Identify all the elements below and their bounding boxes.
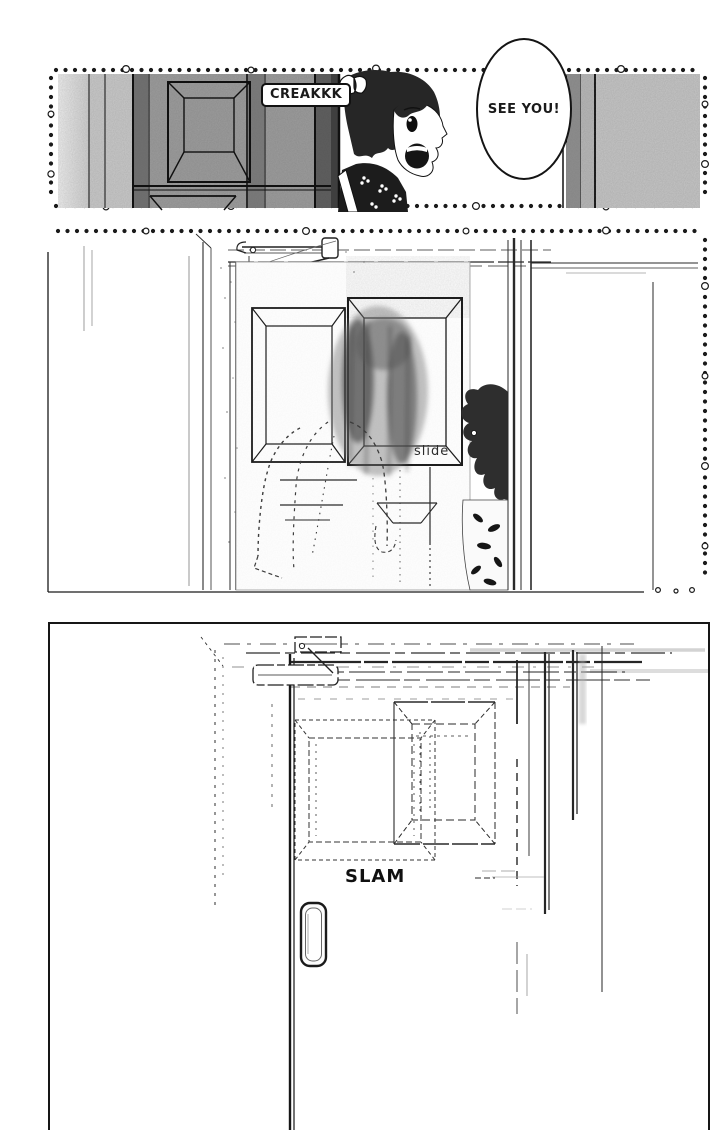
speech-bubble: SEE YOU! (476, 38, 572, 180)
girl-figure (338, 70, 447, 212)
woman-earring (472, 431, 477, 436)
closed-door-illustration (253, 637, 642, 1130)
panel-1-art (46, 64, 710, 212)
panel-2 (46, 226, 710, 594)
left-wall-lines (84, 246, 92, 331)
panel-2-art (46, 226, 710, 594)
speech-bubble-text: SEE YOU! (488, 102, 560, 117)
left-door-panel (295, 720, 435, 860)
residual-marks (482, 871, 544, 1014)
slam-sfx-label: SLAM (345, 866, 405, 887)
door-right-edge-lines (517, 646, 602, 992)
panel-1 (46, 64, 710, 212)
left-wall (58, 74, 132, 208)
door-frame-right (508, 238, 698, 590)
right-wall (563, 74, 700, 208)
right-door-panel (394, 702, 495, 878)
manga-page: SEE YOU! CREAKKK (0, 0, 728, 1130)
slide-sfx-label: slide (414, 444, 449, 459)
sfx-creak-label: CREAKKK (261, 83, 351, 107)
door-handle (301, 903, 326, 966)
door-shadow (579, 654, 586, 724)
girl-eye (407, 116, 418, 132)
